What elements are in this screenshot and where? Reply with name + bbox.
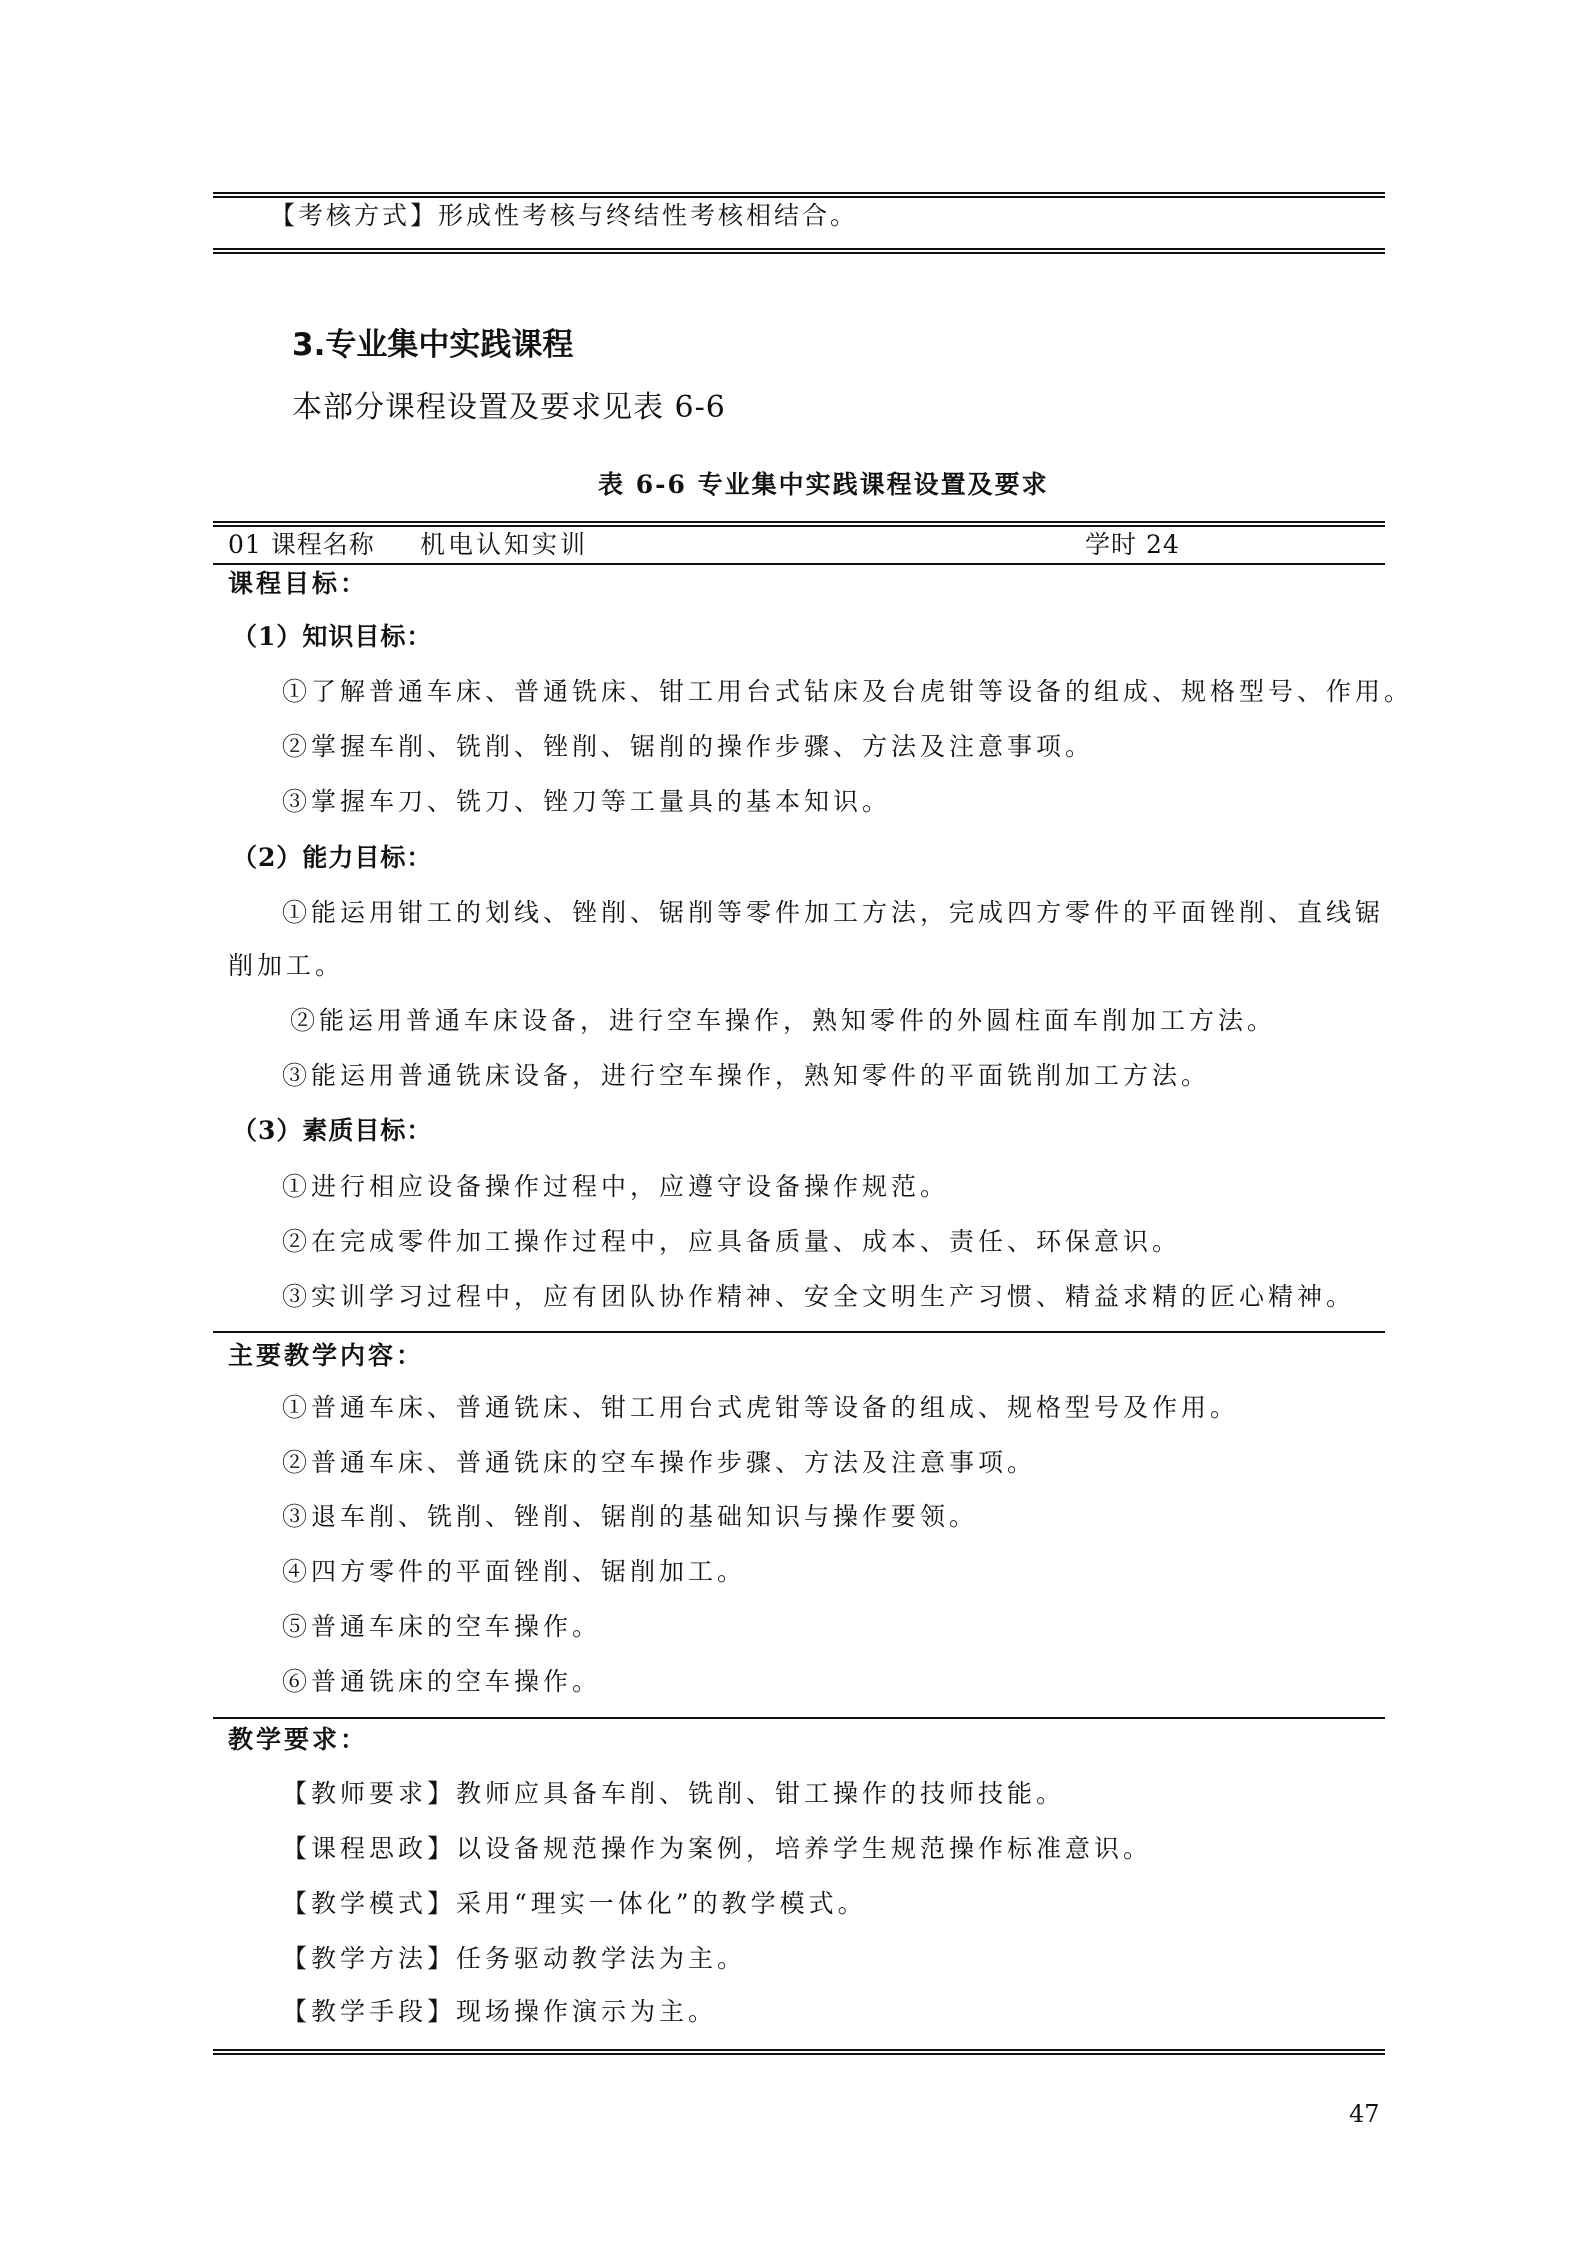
requirement-label: 【教学手段】: [282, 1997, 456, 2026]
quality-title: （3）素质目标：: [232, 1118, 432, 1143]
section-intro: 本部分课程设置及要求见表 6-6: [292, 393, 726, 423]
table-row-divider: [213, 563, 1385, 565]
ability-item: ③能运用普通铣床设备，进行空车操作，熟知零件的平面铣削加工方法。: [282, 1063, 1210, 1088]
quality-item: ①进行相应设备操作过程中，应遵守设备操作规范。: [282, 1174, 949, 1199]
assessment-line: 【考核方式】形成性考核与终结性考核相结合。: [270, 203, 858, 228]
knowledge-title: （1）知识目标：: [232, 624, 432, 649]
objectives-title: 课程目标：: [228, 571, 368, 596]
requirement-item: 【教学手段】现场操作演示为主。: [282, 1999, 717, 2024]
quality-item: ③实训学习过程中，应有团队协作精神、安全文明生产习惯、精益求精的匠心精神。: [282, 1284, 1355, 1309]
ability-title: （2）能力目标：: [232, 845, 432, 870]
requirement-text: 以设备规范操作为案例，培养学生规范操作标准意识。: [456, 1834, 1152, 1863]
table-top-border: [213, 521, 1385, 527]
requirements-title: 教学要求：: [228, 1727, 368, 1752]
content-item: ⑤普通车床的空车操作。: [282, 1614, 601, 1639]
knowledge-item: ②掌握车削、铣削、锉削、锯削的操作步骤、方法及注意事项。: [282, 734, 1094, 759]
requirement-text: 任务驱动教学法为主。: [456, 1944, 746, 1973]
content-title: 主要教学内容：: [228, 1343, 424, 1368]
course-label: 01 课程名称: [228, 532, 375, 557]
quality-item: ②在完成零件加工操作过程中，应具备质量、成本、责任、环保意识。: [282, 1229, 1181, 1254]
table-row-divider: [213, 1717, 1385, 1719]
section-heading: 3.专业集中实践课程: [292, 330, 573, 361]
requirement-text: 现场操作演示为主。: [456, 1997, 717, 2026]
requirement-label: 【教学方法】: [282, 1944, 456, 1973]
prev-table-bottom-border: [213, 248, 1385, 254]
table-bottom-border: [213, 2049, 1385, 2055]
assessment-text: 形成性考核与终结性考核相结合。: [438, 201, 858, 230]
ability-item: 削加工。: [228, 953, 344, 978]
requirement-item: 【教学模式】采用“理实一体化”的教学模式。: [282, 1891, 867, 1916]
requirement-item: 【课程思政】以设备规范操作为案例，培养学生规范操作标准意识。: [282, 1836, 1152, 1861]
course-hours: 学时 24: [1085, 532, 1180, 557]
course-name: 机电认知实训: [420, 532, 588, 557]
ability-item: ②能运用普通车床设备，进行空车操作，熟知零件的外圆柱面车削加工方法。: [290, 1008, 1276, 1033]
content-item: ⑥普通铣床的空车操作。: [282, 1669, 601, 1694]
table-row-divider: [213, 1331, 1385, 1333]
requirement-label: 【课程思政】: [282, 1834, 456, 1863]
page-number: 47: [1349, 2102, 1380, 2126]
assessment-label: 【考核方式】: [270, 201, 438, 230]
content-item: ②普通车床、普通铣床的空车操作步骤、方法及注意事项。: [282, 1450, 1036, 1475]
requirement-item: 【教师要求】教师应具备车削、铣削、钳工操作的技师技能。: [282, 1781, 1065, 1806]
knowledge-item: ①了解普通车床、普通铣床、钳工用台式钻床及台虎钳等设备的组成、规格型号、作用。: [282, 679, 1413, 704]
knowledge-item: ③掌握车刀、铣刀、锉刀等工量具的基本知识。: [282, 789, 891, 814]
requirement-label: 【教学模式】: [282, 1889, 456, 1918]
content-item: ①普通车床、普通铣床、钳工用台式虎钳等设备的组成、规格型号及作用。: [282, 1395, 1239, 1420]
requirement-text: 采用“理实一体化”的教学模式。: [456, 1889, 867, 1918]
requirement-item: 【教学方法】任务驱动教学法为主。: [282, 1946, 746, 1971]
content-item: ③退车削、铣削、锉削、锯削的基础知识与操作要领。: [282, 1504, 978, 1529]
table-caption: 表 6-6 专业集中实践课程设置及要求: [598, 472, 1049, 497]
ability-item: ①能运用钳工的划线、锉削、锯削等零件加工方法，完成四方零件的平面锉削、直线锯: [282, 900, 1384, 925]
content-item: ④四方零件的平面锉削、锯削加工。: [282, 1559, 746, 1584]
prev-table-top-border: [213, 192, 1385, 198]
requirement-label: 【教师要求】: [282, 1779, 456, 1808]
requirement-text: 教师应具备车削、铣削、钳工操作的技师技能。: [456, 1779, 1065, 1808]
